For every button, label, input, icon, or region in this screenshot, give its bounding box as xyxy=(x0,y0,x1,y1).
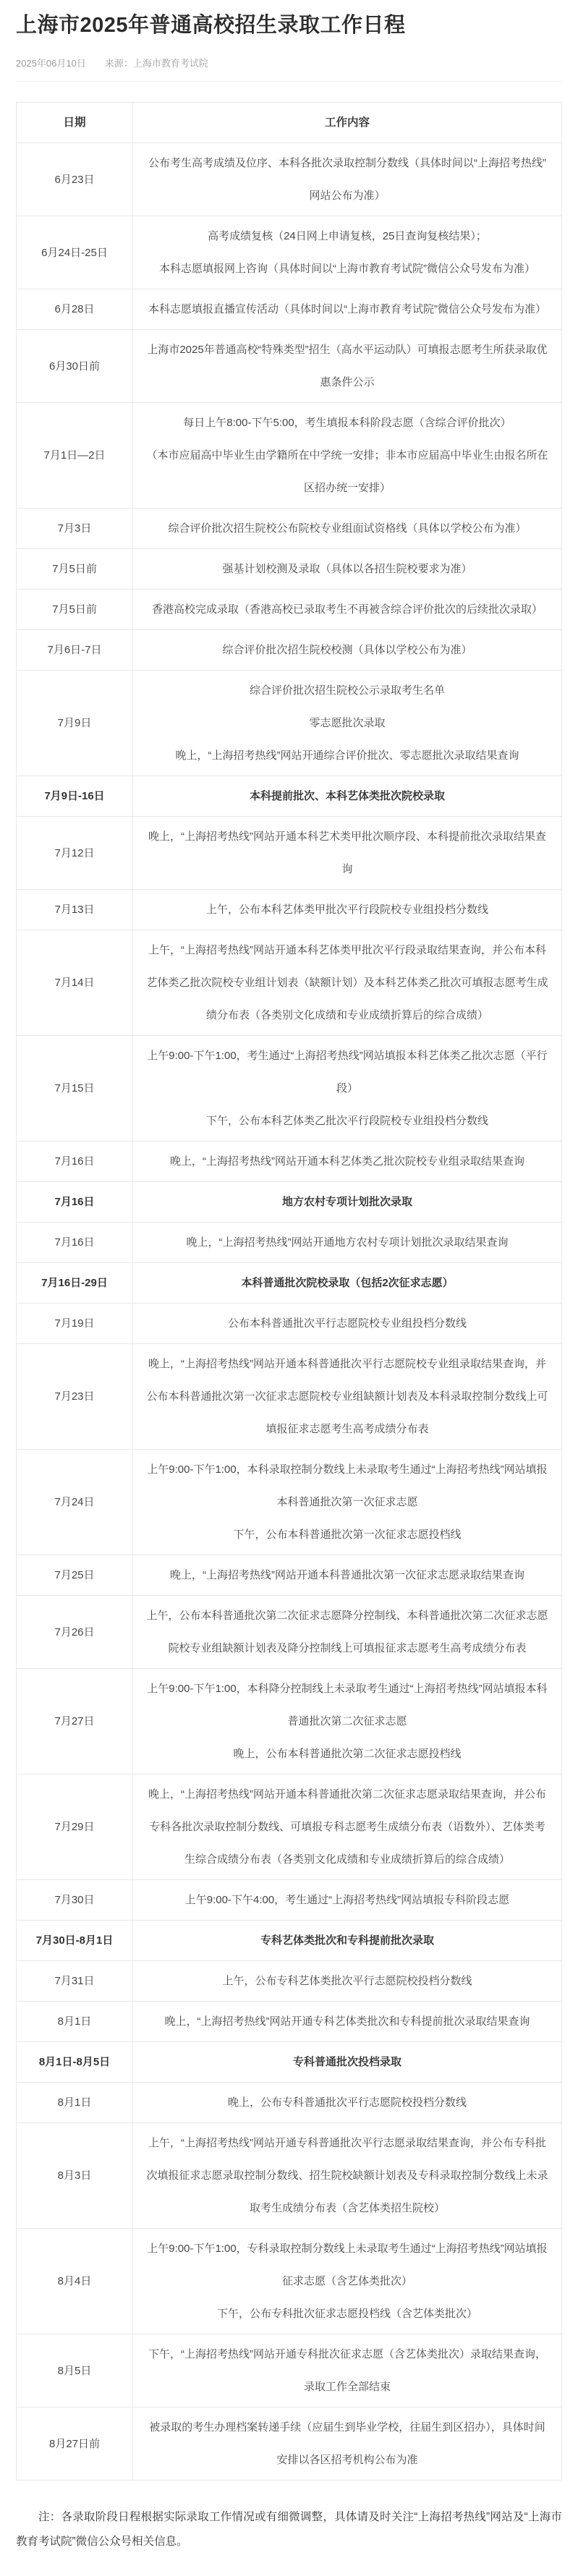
schedule-table: 日期 工作内容 6月23日公布考生高考成绩及位序、本科各批次录取控制分数线（具体… xyxy=(16,102,562,2481)
content-line: 公布本科普通批次平行志愿院校专业组投档分数线 xyxy=(145,1307,550,1340)
page-title: 上海市2025年普通高校招生录取工作日程 xyxy=(16,12,562,40)
table-row: 7月3日综合评价批次招生院校公布院校专业组面试资格线（具体以学校公布为准） xyxy=(17,509,562,549)
content-line: 每日上午8:00-下午5:00，考生填报本科阶段志愿（含综合评价批次） xyxy=(145,407,550,439)
content-cell: 综合评价批次招生院校公示录取考生名单零志愿批次录取晚上，“上海招考热线”网站开通… xyxy=(133,671,562,776)
table-row: 7月13日上午，公布本科艺体类甲批次平行段院校专业组投档分数线 xyxy=(17,890,562,930)
table-row: 7月14日上午，“上海招考热线”网站开通本科艺体类甲批次平行段录取结果查询，并公… xyxy=(17,930,562,1036)
content-line: 高考成绩复核（24日网上申请复核，25日查询复核结果）； xyxy=(145,220,550,252)
table-row: 7月30日-8月1日专科艺体类批次和专科提前批次录取 xyxy=(17,1921,562,1961)
table-row: 7月16日晚上，“上海招考热线”网站开通地方农村专项计划批次录取结果查询 xyxy=(17,1223,562,1263)
date-cell: 8月3日 xyxy=(17,2123,133,2229)
table-row: 7月29日晚上，“上海招考热线”网站开通本科普通批次第二次征求志愿录取结果查询，… xyxy=(17,1774,562,1880)
table-row: 6月28日本科志愿填报直播宣传活动（具体时间以“上海市教育考试院”微信公众号发布… xyxy=(17,289,562,330)
date-cell: 7月29日 xyxy=(17,1774,133,1880)
table-row: 6月23日公布考生高考成绩及位序、本科各批次录取控制分数线（具体时间以“上海招考… xyxy=(17,143,562,216)
date-cell: 7月15日 xyxy=(17,1036,133,1142)
content-line: 晚上，“上海招考热线”网站开通综合评价批次、零志愿批次录取结果查询 xyxy=(145,739,550,772)
table-row: 7月12日晚上，“上海招考热线”网站开通本科艺术类甲批次顺序段、本科提前批次录取… xyxy=(17,817,562,890)
content-line: 下午，公布本科艺体类乙批次平行段院校专业组投档分数线 xyxy=(145,1105,550,1137)
content-cell: 专科艺体类批次和专科提前批次录取 xyxy=(133,1921,562,1961)
date-cell: 6月30日前 xyxy=(17,330,133,403)
content-cell: 上午9:00-下午1:00，专科录取控制分数线上未录取考生通过“上海招考热线”网… xyxy=(133,2229,562,2334)
table-row: 8月1日-8月5日专科普通批次投档录取 xyxy=(17,2042,562,2083)
content-cell: 上海市2025年普通高校“特殊类型”招生（高水平运动队）可填报志愿考生所获录取优… xyxy=(133,330,562,403)
schedule-table-body: 6月23日公布考生高考成绩及位序、本科各批次录取控制分数线（具体时间以“上海招考… xyxy=(17,143,562,2481)
date-cell: 7月14日 xyxy=(17,930,133,1036)
content-line: 上午9:00-下午4:00，考生通过“上海招考热线”网站填报专科阶段志愿 xyxy=(145,1884,550,1916)
content-line: 上午，公布本科艺体类甲批次平行段院校专业组投档分数线 xyxy=(145,893,550,926)
content-line: 上海市2025年普通高校“特殊类型”招生（高水平运动队）可填报志愿考生所获录取优… xyxy=(145,333,550,399)
content-cell: 综合评价批次招生院校校测（具体以学校公布为准） xyxy=(133,630,562,671)
date-cell: 7月3日 xyxy=(17,509,133,549)
date-cell: 8月1日 xyxy=(17,2083,133,2123)
date-cell: 8月27日前 xyxy=(17,2407,133,2481)
content-cell: 公布考生高考成绩及位序、本科各批次录取控制分数线（具体时间以“上海招考热线”网站… xyxy=(133,143,562,216)
content-cell: 公布本科普通批次平行志愿院校专业组投档分数线 xyxy=(133,1304,562,1344)
content-line: 下午，“上海招考热线”网站开通专科批次征求志愿（含艺体类批次）录取结果查询，录取… xyxy=(145,2338,550,2403)
header-divider xyxy=(16,81,562,82)
date-cell: 8月1日 xyxy=(17,2002,133,2042)
date-cell: 7月16日 xyxy=(17,1142,133,1182)
date-cell: 7月9日 xyxy=(17,671,133,776)
content-cell: 晚上，“上海招考热线”网站开通本科普通批次第一次征求志愿录取结果查询 xyxy=(133,1555,562,1596)
column-header-date: 日期 xyxy=(17,103,133,143)
content-line: 上午，公布专科艺体类批次平行志愿院校投档分数线 xyxy=(145,1965,550,1997)
date-cell: 7月25日 xyxy=(17,1555,133,1596)
content-cell: 本科普通批次院校录取（包括2次征求志愿） xyxy=(133,1263,562,1304)
table-header-row: 日期 工作内容 xyxy=(17,103,562,143)
content-line: 上午9:00-下午1:00，本科降分控制线上未录取考生通过“上海招考热线”网站填… xyxy=(145,1672,550,1738)
content-cell: 上午，“上海招考热线”网站开通本科艺体类甲批次平行段录取结果查询，并公布本科艺体… xyxy=(133,930,562,1036)
date-cell: 7月6日-7日 xyxy=(17,630,133,671)
content-line: 专科普通批次投档录取 xyxy=(145,2046,550,2078)
content-cell: 本科提前批次、本科艺体类批次院校录取 xyxy=(133,776,562,817)
table-row: 7月16日晚上，“上海招考热线”网站开通本科艺体类乙批次院校专业组录取结果查询 xyxy=(17,1142,562,1182)
publish-date: 2025年06月10日 xyxy=(16,58,86,69)
content-line: （本市应届高中毕业生由学籍所在中学统一安排；非本市应届高中毕业生由报名所在区招办… xyxy=(145,439,550,504)
table-row: 7月15日上午9:00-下午1:00，考生通过“上海招考热线”网站填报本科艺体类… xyxy=(17,1036,562,1142)
content-line: 上午，“上海招考热线”网站开通专科普通批次平行志愿录取结果查询，并公布专科批次填… xyxy=(145,2127,550,2224)
date-cell: 8月5日 xyxy=(17,2334,133,2407)
table-row: 7月1日—2日每日上午8:00-下午5:00，考生填报本科阶段志愿（含综合评价批… xyxy=(17,403,562,509)
table-row: 8月4日上午9:00-下午1:00，专科录取控制分数线上未录取考生通过“上海招考… xyxy=(17,2229,562,2334)
table-row: 8月27日前被录取的考生办理档案转递手续（应届生到毕业学校，往届生到区招办），具… xyxy=(17,2407,562,2481)
date-cell: 7月19日 xyxy=(17,1304,133,1344)
content-line: 本科志愿填报网上咨询（具体时间以“上海市教育考试院”微信公众号发布为准） xyxy=(145,252,550,285)
content-cell: 上午9:00-下午1:00，本科降分控制线上未录取考生通过“上海招考热线”网站填… xyxy=(133,1669,562,1774)
content-line: 被录取的考生办理档案转递手续（应届生到毕业学校，往届生到区招办），具体时间安排以… xyxy=(145,2411,550,2476)
content-cell: 本科志愿填报直播宣传活动（具体时间以“上海市教育考试院”微信公众号发布为准） xyxy=(133,289,562,330)
content-line: 上午9:00-下午1:00，考生通过“上海招考热线”网站填报本科艺体类乙批次志愿… xyxy=(145,1040,550,1105)
content-line: 上午9:00-下午1:00，专科录取控制分数线上未录取考生通过“上海招考热线”网… xyxy=(145,2232,550,2297)
content-line: 晚上，“上海招考热线”网站开通本科普通批次平行志愿院校专业组录取结果查询，并公布… xyxy=(145,1348,550,1445)
content-line: 地方农村专项计划批次录取 xyxy=(145,1186,550,1218)
content-line: 专科艺体类批次和专科提前批次录取 xyxy=(145,1924,550,1957)
content-cell: 上午，公布本科普通批次第二次征求志愿降分控制线、本科普通批次第二次征求志愿院校专… xyxy=(133,1596,562,1669)
content-line: 综合评价批次招生院校公示录取考生名单 xyxy=(145,674,550,707)
date-cell: 7月31日 xyxy=(17,1961,133,2002)
content-line: 综合评价批次招生院校校测（具体以学校公布为准） xyxy=(145,634,550,666)
content-line: 下午，公布专科批次征求志愿投档线（含艺体类批次） xyxy=(145,2297,550,2330)
table-row: 7月5日前强基计划校测及录取（具体以各招生院校要求为准） xyxy=(17,549,562,590)
content-line: 零志愿批次录取 xyxy=(145,707,550,739)
table-row: 7月19日公布本科普通批次平行志愿院校专业组投档分数线 xyxy=(17,1304,562,1344)
content-cell: 晚上，“上海招考热线”网站开通专科艺体类批次和专科提前批次录取结果查询 xyxy=(133,2002,562,2042)
content-cell: 晚上，“上海招考热线”网站开通本科普通批次平行志愿院校专业组录取结果查询，并公布… xyxy=(133,1344,562,1450)
table-row: 7月27日上午9:00-下午1:00，本科降分控制线上未录取考生通过“上海招考热… xyxy=(17,1669,562,1774)
table-row: 8月5日下午，“上海招考热线”网站开通专科批次征求志愿（含艺体类批次）录取结果查… xyxy=(17,2334,562,2407)
content-cell: 晚上，“上海招考热线”网站开通本科普通批次第二次征求志愿录取结果查询，并公布专科… xyxy=(133,1774,562,1880)
content-line: 强基计划校测及录取（具体以各招生院校要求为准） xyxy=(145,553,550,585)
date-cell: 6月24日-25日 xyxy=(17,216,133,289)
date-cell: 7月16日 xyxy=(17,1182,133,1223)
table-row: 7月16日地方农村专项计划批次录取 xyxy=(17,1182,562,1223)
content-cell: 下午，“上海招考热线”网站开通专科批次征求志愿（含艺体类批次）录取结果查询，录取… xyxy=(133,2334,562,2407)
content-cell: 晚上，公布专科普通批次平行志愿院校投档分数线 xyxy=(133,2083,562,2123)
content-cell: 上午9:00-下午1:00，本科录取控制分数线上未录取考生通过“上海招考热线”网… xyxy=(133,1450,562,1555)
content-line: 晚上，“上海招考热线”网站开通本科普通批次第一次征求志愿录取结果查询 xyxy=(145,1559,550,1591)
content-line: 下午，公布本科普通批次第一次征求志愿投档线 xyxy=(145,1518,550,1551)
content-cell: 每日上午8:00-下午5:00，考生填报本科阶段志愿（含综合评价批次）（本市应届… xyxy=(133,403,562,509)
content-line: 本科志愿填报直播宣传活动（具体时间以“上海市教育考试院”微信公众号发布为准） xyxy=(145,293,550,326)
table-row: 6月24日-25日高考成绩复核（24日网上申请复核，25日查询复核结果）；本科志… xyxy=(17,216,562,289)
content-cell: 香港高校完成录取（香港高校已录取考生不再被含综合评价批次的后续批次录取） xyxy=(133,590,562,630)
date-cell: 7月30日-8月1日 xyxy=(17,1921,133,1961)
date-cell: 7月13日 xyxy=(17,890,133,930)
date-cell: 6月23日 xyxy=(17,143,133,216)
date-cell: 7月23日 xyxy=(17,1344,133,1450)
content-cell: 晚上，“上海招考热线”网站开通地方农村专项计划批次录取结果查询 xyxy=(133,1223,562,1263)
content-line: 晚上，公布本科普通批次第二次征求志愿投档线 xyxy=(145,1738,550,1770)
table-row: 7月9日综合评价批次招生院校公示录取考生名单零志愿批次录取晚上，“上海招考热线”… xyxy=(17,671,562,776)
table-row: 7月23日晚上，“上海招考热线”网站开通本科普通批次平行志愿院校专业组录取结果查… xyxy=(17,1344,562,1450)
content-cell: 专科普通批次投档录取 xyxy=(133,2042,562,2083)
table-row: 7月26日上午，公布本科普通批次第二次征求志愿降分控制线、本科普通批次第二次征求… xyxy=(17,1596,562,1669)
article-meta: 2025年06月10日来源：上海市教育考试院 xyxy=(16,56,562,69)
date-cell: 7月24日 xyxy=(17,1450,133,1555)
content-cell: 晚上，“上海招考热线”网站开通本科艺体类乙批次院校专业组录取结果查询 xyxy=(133,1142,562,1182)
content-line: 晚上，“上海招考热线”网站开通地方农村专项计划批次录取结果查询 xyxy=(145,1226,550,1259)
content-line: 上午，“上海招考热线”网站开通本科艺体类甲批次平行段录取结果查询，并公布本科艺体… xyxy=(145,934,550,1032)
footnote: 注：各录取阶段日程根据实际录取工作情况或有细微调整，具体请及时关注“上海招考热线… xyxy=(16,2505,562,2554)
content-cell: 上午9:00-下午4:00，考生通过“上海招考热线”网站填报专科阶段志愿 xyxy=(133,1880,562,1921)
content-line: 本科普通批次院校录取（包括2次征求志愿） xyxy=(145,1267,550,1299)
article-container: 上海市2025年普通高校招生录取工作日程 2025年06月10日来源：上海市教育… xyxy=(0,12,578,2576)
table-row: 7月5日前香港高校完成录取（香港高校已录取考生不再被含综合评价批次的后续批次录取… xyxy=(17,590,562,630)
content-cell: 地方农村专项计划批次录取 xyxy=(133,1182,562,1223)
table-row: 6月30日前上海市2025年普通高校“特殊类型”招生（高水平运动队）可填报志愿考… xyxy=(17,330,562,403)
table-row: 7月24日上午9:00-下午1:00，本科录取控制分数线上未录取考生通过“上海招… xyxy=(17,1450,562,1555)
date-cell: 7月27日 xyxy=(17,1669,133,1774)
column-header-content: 工作内容 xyxy=(133,103,562,143)
content-line: 上午9:00-下午1:00，本科录取控制分数线上未录取考生通过“上海招考热线”网… xyxy=(145,1453,550,1518)
table-row: 7月6日-7日综合评价批次招生院校校测（具体以学校公布为准） xyxy=(17,630,562,671)
date-cell: 7月30日 xyxy=(17,1880,133,1921)
date-cell: 7月12日 xyxy=(17,817,133,890)
content-line: 公布考生高考成绩及位序、本科各批次录取控制分数线（具体时间以“上海招考热线”网站… xyxy=(145,147,550,212)
content-line: 晚上，“上海招考热线”网站开通本科普通批次第二次征求志愿录取结果查询，并公布专科… xyxy=(145,1778,550,1876)
table-row: 7月9日-16日本科提前批次、本科艺体类批次院校录取 xyxy=(17,776,562,817)
content-line: 综合评价批次招生院校公布院校专业组面试资格线（具体以学校公布为准） xyxy=(145,512,550,545)
table-row: 8月3日上午，“上海招考热线”网站开通专科普通批次平行志愿录取结果查询，并公布专… xyxy=(17,2123,562,2229)
content-cell: 高考成绩复核（24日网上申请复核，25日查询复核结果）；本科志愿填报网上咨询（具… xyxy=(133,216,562,289)
date-cell: 7月5日前 xyxy=(17,549,133,590)
content-cell: 上午，“上海招考热线”网站开通专科普通批次平行志愿录取结果查询，并公布专科批次填… xyxy=(133,2123,562,2229)
content-line: 晚上，“上海招考热线”网站开通本科艺术类甲批次顺序段、本科提前批次录取结果查询 xyxy=(145,820,550,885)
date-cell: 7月5日前 xyxy=(17,590,133,630)
content-cell: 综合评价批次招生院校公布院校专业组面试资格线（具体以学校公布为准） xyxy=(133,509,562,549)
content-cell: 上午9:00-下午1:00，考生通过“上海招考热线”网站填报本科艺体类乙批次志愿… xyxy=(133,1036,562,1142)
table-row: 7月31日上午，公布专科艺体类批次平行志愿院校投档分数线 xyxy=(17,1961,562,2002)
content-line: 晚上，“上海招考热线”网站开通专科艺体类批次和专科提前批次录取结果查询 xyxy=(145,2005,550,2038)
content-line: 晚上，公布专科普通批次平行志愿院校投档分数线 xyxy=(145,2086,550,2119)
date-cell: 7月9日-16日 xyxy=(17,776,133,817)
date-cell: 8月4日 xyxy=(17,2229,133,2334)
content-line: 本科提前批次、本科艺体类批次院校录取 xyxy=(145,780,550,812)
source-label: 来源：上海市教育考试院 xyxy=(105,58,208,69)
table-row: 7月30日上午9:00-下午4:00，考生通过“上海招考热线”网站填报专科阶段志… xyxy=(17,1880,562,1921)
content-line: 晚上，“上海招考热线”网站开通本科艺体类乙批次院校专业组录取结果查询 xyxy=(145,1145,550,1178)
date-cell: 6月28日 xyxy=(17,289,133,330)
date-cell: 8月1日-8月5日 xyxy=(17,2042,133,2083)
content-line: 上午，公布本科普通批次第二次征求志愿降分控制线、本科普通批次第二次征求志愿院校专… xyxy=(145,1599,550,1665)
date-cell: 7月1日—2日 xyxy=(17,403,133,509)
table-row: 8月1日晚上，“上海招考热线”网站开通专科艺体类批次和专科提前批次录取结果查询 xyxy=(17,2002,562,2042)
content-cell: 上午，公布专科艺体类批次平行志愿院校投档分数线 xyxy=(133,1961,562,2002)
date-cell: 7月16日-29日 xyxy=(17,1263,133,1304)
date-cell: 7月16日 xyxy=(17,1223,133,1263)
date-cell: 7月26日 xyxy=(17,1596,133,1669)
table-row: 8月1日晚上，公布专科普通批次平行志愿院校投档分数线 xyxy=(17,2083,562,2123)
content-cell: 晚上，“上海招考热线”网站开通本科艺术类甲批次顺序段、本科提前批次录取结果查询 xyxy=(133,817,562,890)
content-cell: 被录取的考生办理档案转递手续（应届生到毕业学校，往届生到区招办），具体时间安排以… xyxy=(133,2407,562,2481)
table-row: 7月25日晚上，“上海招考热线”网站开通本科普通批次第一次征求志愿录取结果查询 xyxy=(17,1555,562,1596)
content-line: 香港高校完成录取（香港高校已录取考生不再被含综合评价批次的后续批次录取） xyxy=(145,593,550,626)
content-cell: 上午，公布本科艺体类甲批次平行段院校专业组投档分数线 xyxy=(133,890,562,930)
content-cell: 强基计划校测及录取（具体以各招生院校要求为准） xyxy=(133,549,562,590)
table-row: 7月16日-29日本科普通批次院校录取（包括2次征求志愿） xyxy=(17,1263,562,1304)
